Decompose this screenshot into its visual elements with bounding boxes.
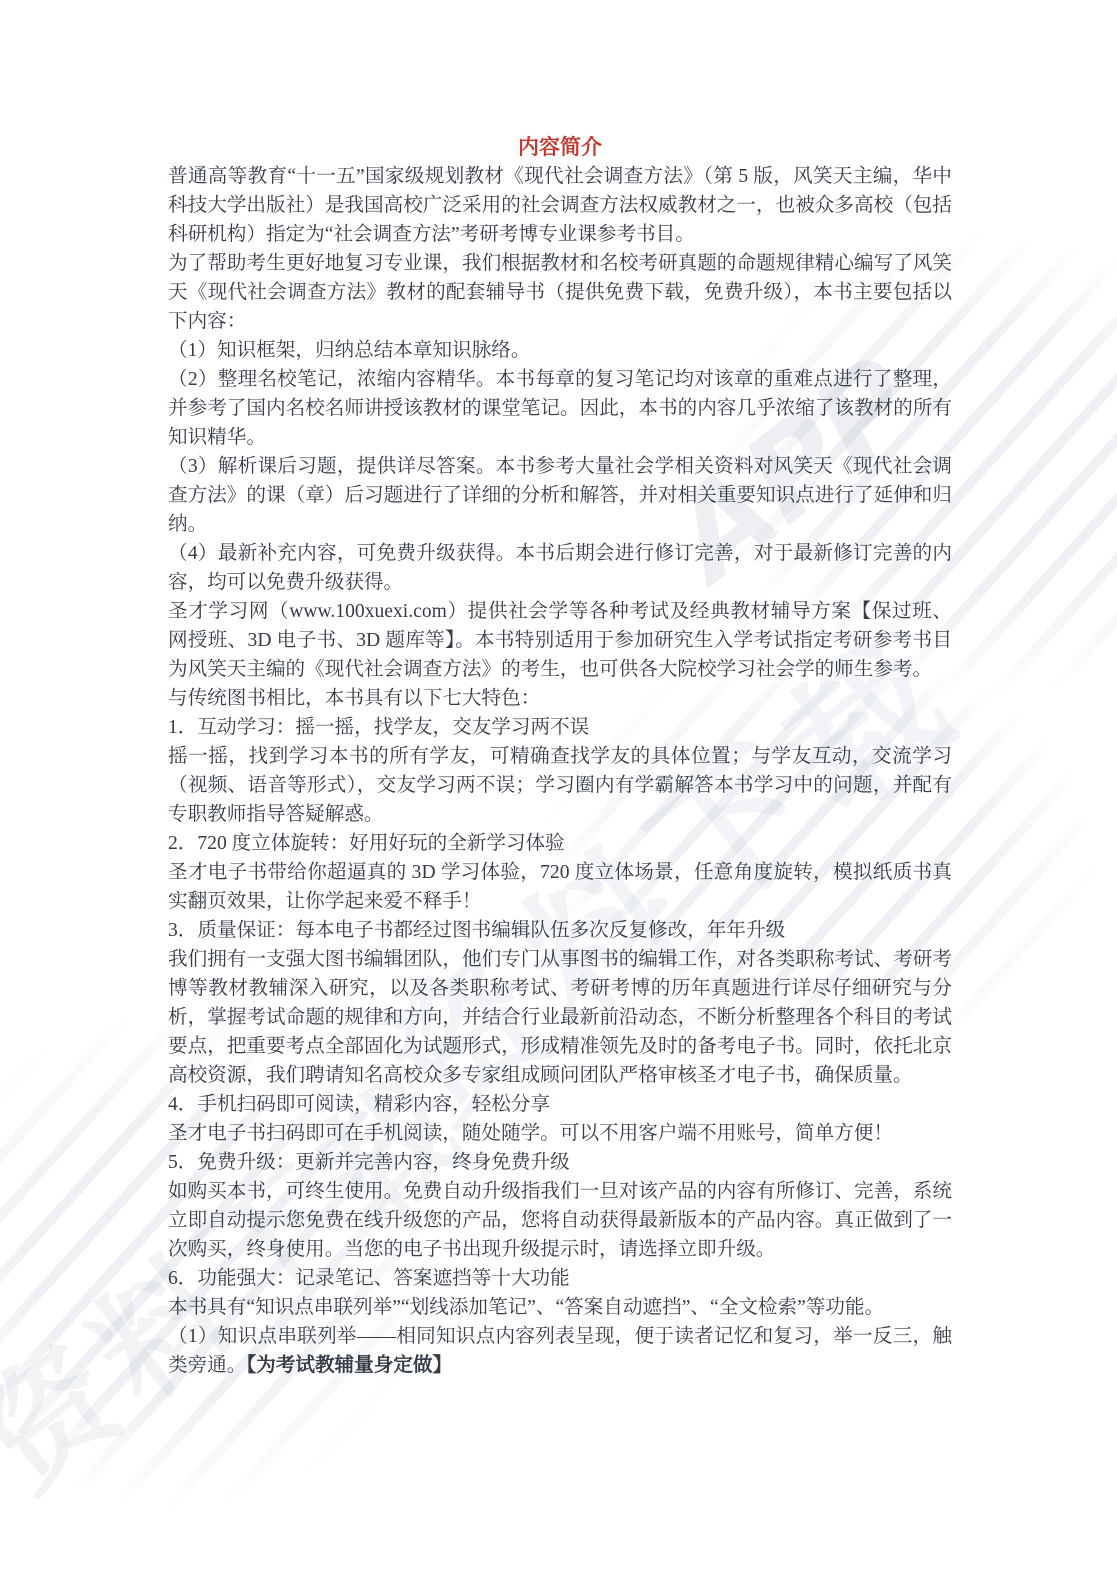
paragraph: 4．手机扫码即可阅读，精彩内容，轻松分享 [168, 1090, 952, 1119]
paragraph: 本书具有“知识点串联列举”“划线添加笔记”、“答案自动遮挡”、“全文检索”等功能… [168, 1293, 952, 1322]
paragraph: 与传统图书相比，本书具有以下七大特色： [168, 684, 952, 713]
paragraph: 为了帮助考生更好地复习专业课，我们根据教材和名校考研真题的命题规律精心编写了风笑… [168, 249, 952, 336]
paragraph: 如购买本书，可终生使用。免费自动升级指我们一旦对该产品的内容有所修订、完善，系统… [168, 1177, 952, 1264]
bold-highlight: 【为考试教辅量身定做】 [246, 1355, 452, 1376]
paragraph: （2）整理名校笔记，浓缩内容精华。本书每章的复习笔记均对该章的重难点进行了整理，… [168, 365, 952, 452]
paragraph: 圣才电子书带给你超逼真的 3D 学习体验，720 度立体场景，任意角度旋转，模拟… [168, 858, 952, 916]
paragraph: （3）解析课后习题，提供详尽答案。本书参考大量社会学相关资料对风笑天《现代社会调… [168, 452, 952, 539]
paragraph: 5．免费升级：更新并完善内容，终身免费升级 [168, 1148, 952, 1177]
paragraph: 圣才学习网（www.100xuexi.com）提供社会学等各种考试及经典教材辅导… [168, 597, 952, 684]
paragraph: 6．功能强大：记录笔记、答案遮挡等十大功能 [168, 1264, 952, 1293]
paragraph: 普通高等教育“十一五”国家级规划教材《现代社会调查方法》（第 5 版，风笑天主编… [168, 162, 952, 249]
paragraph: 圣才电子书扫码即可在手机阅读，随处随学。可以不用客户端不用账号，简单方便！ [168, 1119, 952, 1148]
paragraph: （1）知识点串联列举——相同知识点内容列表呈现，便于读者记忆和复习，举一反三，触… [168, 1322, 952, 1380]
paragraph: 1．互动学习：摇一摇，找学友，交友学习两不误 [168, 713, 952, 742]
paragraph: （1）知识框架，归纳总结本章知识脉络。 [168, 336, 952, 365]
paragraph: 我们拥有一支强大图书编辑团队，他们专门从事图书的编辑工作，对各类职称考试、考研考… [168, 945, 952, 1090]
document-body: 普通高等教育“十一五”国家级规划教材《现代社会调查方法》（第 5 版，风笑天主编… [168, 162, 952, 1380]
paragraph: （4）最新补充内容，可免费升级获得。本书后期会进行修订完善，对于最新修订完善的内… [168, 539, 952, 597]
document-content: 内容简介 普通高等教育“十一五”国家级规划教材《现代社会调查方法》（第 5 版，… [168, 133, 952, 1380]
paragraph: 3．质量保证：每本电子书都经过图书编辑队伍多次反复修改，年年升级 [168, 916, 952, 945]
paragraph: 摇一摇，找到学习本书的所有学友，可精确查找学友的具体位置；与学友互动，交流学习（… [168, 742, 952, 829]
document-page: APP 资料下载 资料下载 内容简介 普通高等教育“十一五”国家级规划教材《现代… [0, 0, 1117, 1579]
paragraph: 2．720 度立体旋转：好用好玩的全新学习体验 [168, 829, 952, 858]
page-title: 内容简介 [168, 133, 952, 162]
